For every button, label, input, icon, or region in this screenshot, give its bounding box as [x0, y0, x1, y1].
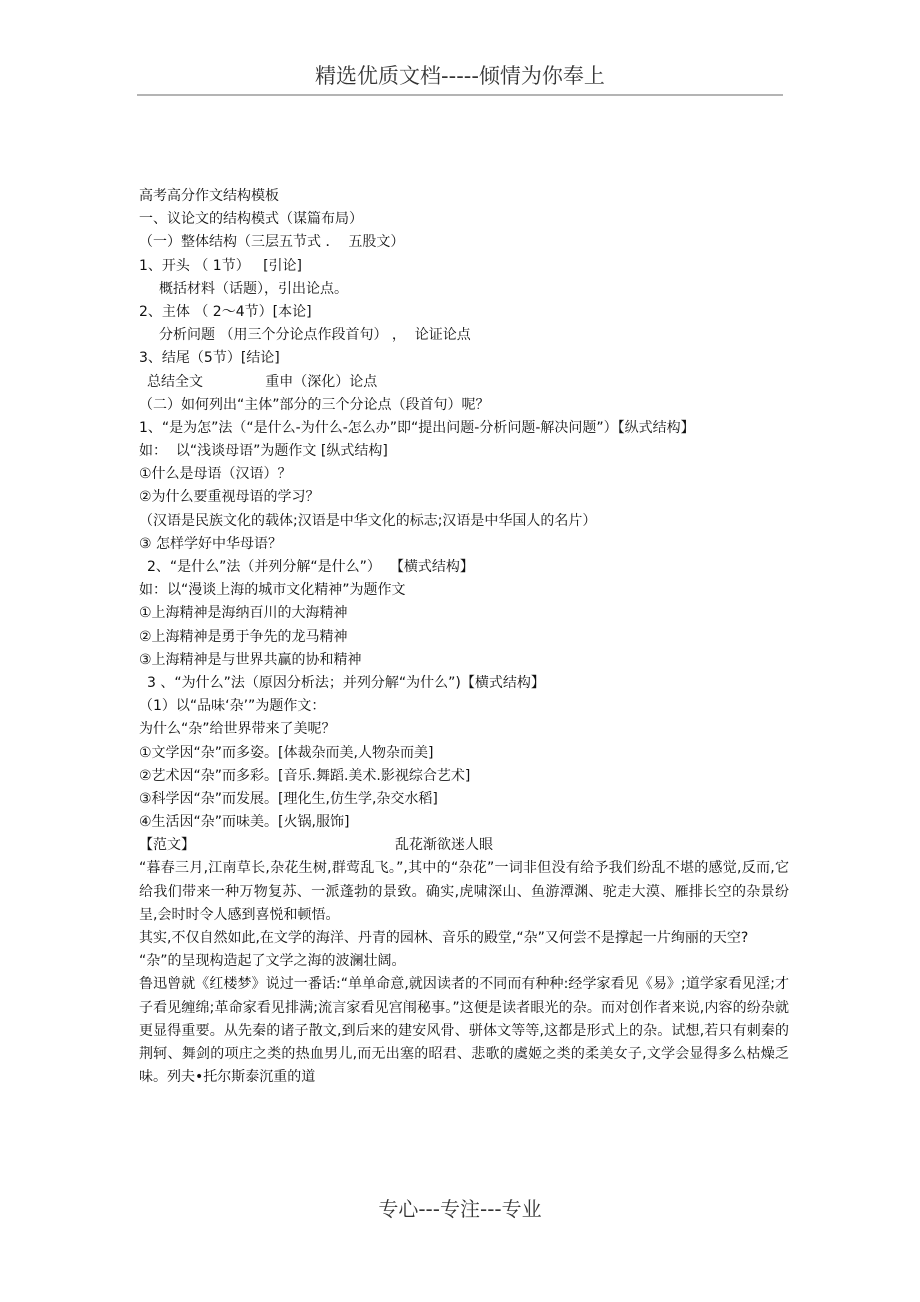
- method-point: ③上海精神是与世界共赢的协和精神: [139, 649, 789, 672]
- method-question: 为什么“杂”给世界带来了美呢？: [139, 718, 789, 741]
- method-point: ②为什么要重视母语的学习？: [139, 486, 789, 509]
- subsection-heading: （二）如何列出“主体”部分的三个分论点（段首句）呢？: [139, 394, 789, 417]
- method-point: ③科学因“杂”而发展。[理化生,仿生学,杂交水稻]: [139, 788, 789, 811]
- essay-paragraph: 鲁迅曾就《红楼梦》说过一番话:“单单命意,就因读者的不同而有种种:经学家看见《易…: [139, 973, 789, 1089]
- sample-essay-header: 【范文】 乱花渐欲迷人眼: [139, 834, 789, 857]
- method-point: ④生活因“杂”而味美。[火锅,服饰]: [139, 811, 789, 834]
- structure-item-desc: 概括材料（话题），引出论点。: [139, 278, 789, 301]
- method-point-note: （汉语是民族文化的载体;汉语是中华文化的标志;汉语是中华国人的名片）: [139, 510, 789, 533]
- method-title: 2、“是什么”法（并列分解“是什么”） 【横式结构】: [139, 556, 789, 579]
- essay-paragraph: “暮春三月,江南草长,杂花生树,群莺乱飞。”,其中的“杂花”一词非但没有给予我们…: [139, 857, 789, 927]
- page-footer: 专心---专注---专业: [0, 1195, 920, 1223]
- structure-item-label: 3、结尾（5节）[结论]: [139, 347, 789, 370]
- document-title: 高考高分作文结构模板: [139, 185, 789, 208]
- method-title: 1、“是为怎”法（“是什么-为什么-怎么办”即“提出问题-分析问题-解决问题”）…: [139, 417, 789, 440]
- subsection-heading: （一）整体结构（三层五节式 ． 五股文）: [139, 231, 789, 254]
- method-point: ①什么是母语（汉语）？: [139, 463, 789, 486]
- structure-item-label: 1、开头 （ 1节） [引论]: [139, 255, 789, 278]
- structure-item-desc: 总结全文 重申（深化）论点: [139, 371, 789, 394]
- method-point: ③ 怎样学好中华母语？: [139, 533, 789, 556]
- sample-essay-label: 【范文】: [139, 834, 395, 857]
- structure-item-label: 2、主体 （ 2～4节）[本论]: [139, 301, 789, 324]
- structure-item-desc: 分析问题 （用三个分论点作段首句） ， 论证论点: [139, 324, 789, 347]
- method-point: ②艺术因“杂”而多彩。[音乐.舞蹈.美术.影视综合艺术]: [139, 765, 789, 788]
- method-example: 如：以“漫谈上海的城市文化精神”为题作文: [139, 579, 789, 602]
- method-example: 如： 以“浅谈母语”为题作文 [纵式结构]: [139, 440, 789, 463]
- essay-paragraph: “杂”的呈现构造起了文学之海的波澜壮阔。: [139, 950, 789, 973]
- method-point: ②上海精神是勇于争先的龙马精神: [139, 626, 789, 649]
- essay-paragraph: 其实,不仅自然如此,在文学的海洋、丹青的园林、音乐的殿堂,“杂”又何尝不是撑起一…: [139, 927, 789, 950]
- method-example: （1）以“品味‘杂’”为题作文：: [139, 695, 789, 718]
- section-heading: 一、议论文的结构模式（谋篇布局）: [139, 208, 789, 231]
- page-header: 精选优质文档-----倾情为你奉上: [137, 62, 783, 90]
- document-body: 高考高分作文结构模板 一、议论文的结构模式（谋篇布局） （一）整体结构（三层五节…: [139, 185, 789, 1089]
- sample-essay-title: 乱花渐欲迷人眼: [395, 834, 493, 857]
- method-point: ①文学因“杂”而多姿。[体裁杂而美,人物杂而美]: [139, 742, 789, 765]
- method-title: 3 、“为什么”法（原因分析法；并列分解“为什么”)【横式结构】: [139, 672, 789, 695]
- header-divider: [137, 94, 783, 96]
- method-point: ①上海精神是海纳百川的大海精神: [139, 602, 789, 625]
